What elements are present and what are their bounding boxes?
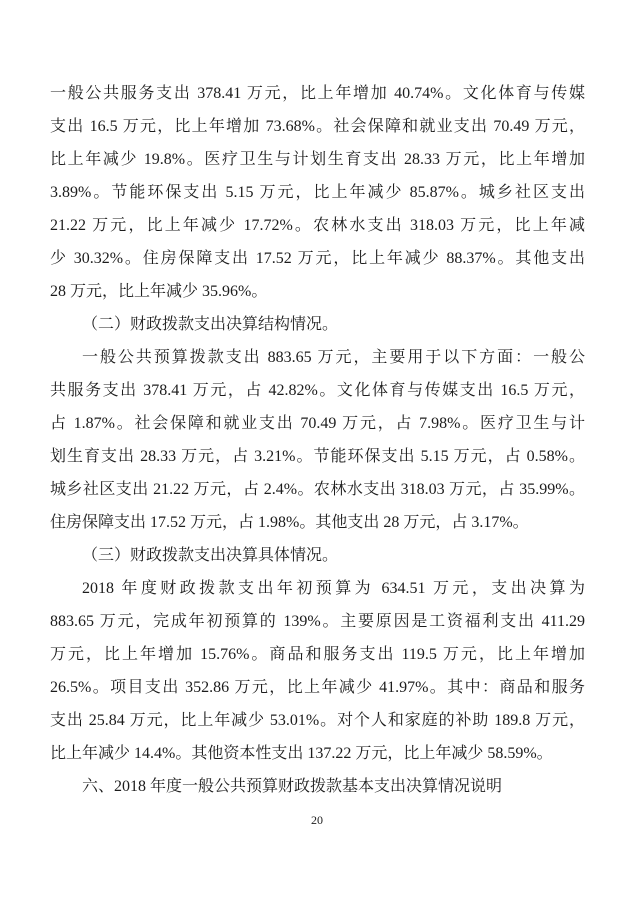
- document-text-block: 一般公共服务支出 378.41 万元，比上年增加 40.74%。文化体育与传媒 …: [50, 77, 585, 803]
- paragraph-line: 占 1.87%。社会保障和就业支出 70.49 万元，占 7.98%。医疗卫生与…: [50, 407, 585, 440]
- paragraph-line: 城乡社区支出 21.22 万元，占 2.4%。农林水支出 318.03 万元，占…: [50, 473, 585, 506]
- paragraph-line: 883.65 万元，完成年初预算的 139%。主要原因是工资福利支出 411.2…: [50, 605, 585, 638]
- paragraph-line: 住房保障支出 17.52 万元，占 1.98%。其他支出 28 万元，占 3.1…: [50, 506, 585, 539]
- paragraph-line: 3.89%。节能环保支出 5.15 万元，比上年减少 85.87%。城乡社区支出: [50, 176, 585, 209]
- paragraph-line: 28 万元，比上年减少 35.96%。: [50, 275, 585, 308]
- paragraph-line: 一般公共预算拨款支出 883.65 万元，主要用于以下方面：一般公: [50, 341, 585, 374]
- paragraph-line: 26.5%。项目支出 352.86 万元，比上年减少 41.97%。其中：商品和…: [50, 671, 585, 704]
- section-heading: （三）财政拨款支出决算具体情况。: [50, 539, 585, 572]
- paragraph-line: 支出 16.5 万元，比上年增加 73.68%。社会保障和就业支出 70.49 …: [50, 110, 585, 143]
- paragraph-line: 支出 25.84 万元，比上年减少 53.01%。对个人和家庭的补助 189.8…: [50, 704, 585, 737]
- paragraph-line: 比上年减少 19.8%。医疗卫生与计划生育支出 28.33 万元，比上年增加: [50, 143, 585, 176]
- paragraph-line: 划生育支出 28.33 万元，占 3.21%。节能环保支出 5.15 万元，占 …: [50, 440, 585, 473]
- paragraph-line: 一般公共服务支出 378.41 万元，比上年增加 40.74%。文化体育与传媒: [50, 77, 585, 110]
- paragraph-line: 比上年减少 14.4%。其他资本性支出 137.22 万元，比上年减少 58.5…: [50, 737, 585, 770]
- paragraph-line: 2018 年度财政拨款支出年初预算为 634.51 万元，支出决算为: [50, 572, 585, 605]
- paragraph-line: 少 30.32%。住房保障支出 17.52 万元，比上年减少 88.37%。其他…: [50, 242, 585, 275]
- paragraph-line: 万元，比上年增加 15.76%。商品和服务支出 119.5 万元，比上年增加: [50, 638, 585, 671]
- section-heading: （二）财政拨款支出决算结构情况。: [50, 308, 585, 341]
- document-page: 一般公共服务支出 378.41 万元，比上年增加 40.74%。文化体育与传媒 …: [0, 0, 634, 898]
- paragraph-line: 共服务支出 378.41 万元，占 42.82%。文化体育与传媒支出 16.5 …: [50, 374, 585, 407]
- section-heading: 六、2018 年度一般公共预算财政拨款基本支出决算情况说明: [50, 770, 585, 803]
- paragraph-line: 21.22 万元，比上年减少 17.72%。农林水支出 318.03 万元，比上…: [50, 209, 585, 242]
- page-number: 20: [0, 813, 634, 828]
